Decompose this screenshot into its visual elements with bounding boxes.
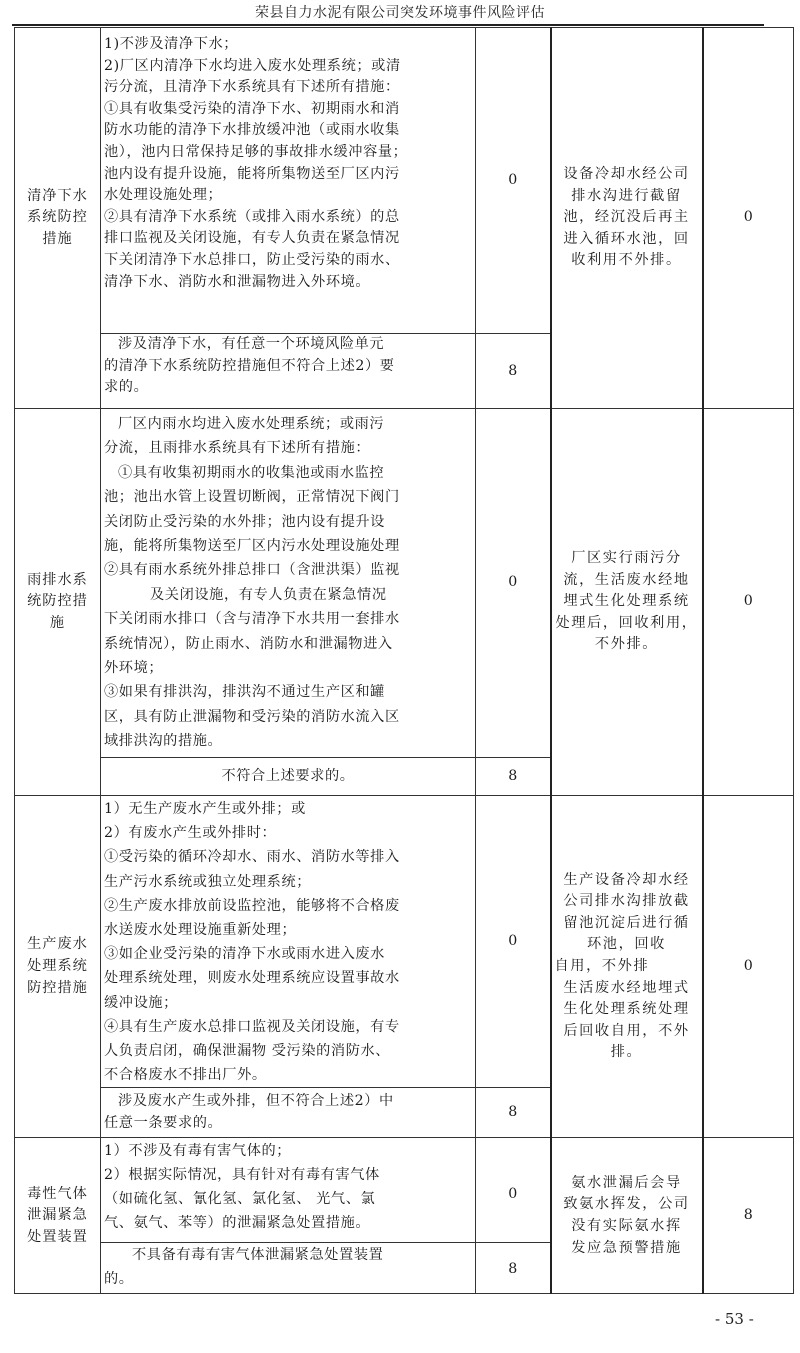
table-row: 清净下水 系统防控 措施 1)不涉及清净下水； 2)厂区内清净下水均进入废水处理… (15, 28, 794, 334)
item-cell: 清净下水 系统防控 措施 (15, 28, 101, 409)
criteria-line: 外环境； (104, 656, 472, 680)
criteria-line: 分流，且雨排水系统具有下述所有措施： (104, 436, 472, 460)
criteria-line: 厂区内雨水均进入废水处理系统；或雨污 (104, 412, 472, 436)
actual-line: 没有实际氨水挥 (555, 1216, 699, 1238)
item-cell: 生产废水 处理系统 防控措施 (15, 796, 101, 1138)
result-score-cell: 8 (703, 1138, 794, 1294)
item-line: 系统防控 (18, 207, 97, 229)
criteria-line: 的。 (104, 1267, 472, 1291)
item-line: 生产废水 (18, 934, 97, 956)
table-row: 生产废水 处理系统 防控措施 1）无生产废水产生或外排；或 2）有废水产生或外排… (15, 796, 794, 1088)
criteria-line: 不合格废水不排出厂外。 (104, 1063, 472, 1087)
actual-line: 生活废水经地埋式 (555, 978, 699, 1000)
criteria-line: ①具有收集受污染的清净下水、初期雨水和消 (104, 99, 472, 121)
criteria-line: 防水功能的清净下水排放缓冲池（或雨水收集 (104, 120, 472, 142)
actual-line: 厂区实行雨污分 (555, 548, 699, 570)
risk-assessment-table: 清净下水 系统防控 措施 1)不涉及清净下水； 2)厂区内清净下水均进入废水处理… (14, 27, 794, 1294)
criteria-cell: 不具备有毒有害气体泄漏紧急处置装置 的。 (101, 1243, 476, 1294)
criteria-cell: 1）无生产废水产生或外排；或 2）有废水产生或外排时： ①受污染的循环冷却水、雨… (101, 796, 476, 1088)
actual-line: 氨水泄漏后会导 (555, 1173, 699, 1195)
criteria-line: 域排洪沟的措施。 (104, 729, 472, 753)
item-line: 统防控措 (18, 591, 97, 613)
criteria-line: 1）无生产废水产生或外排；或 (104, 797, 472, 821)
actual-line: 留池沉淀后进行循 (555, 913, 699, 935)
criteria-line: ①受污染的循环冷却水、雨水、消防水等排入 (104, 845, 472, 869)
criteria-line: 池内设有提升设施，能将所集物送至厂区内污 (104, 164, 472, 186)
criteria-line: 排口监视及关闭设施，有专人负责在紧急情况 (104, 228, 472, 250)
result-score-cell: 0 (703, 796, 794, 1138)
item-line: 处理系统 (18, 956, 97, 978)
result-score-cell: 0 (703, 409, 794, 796)
header-rule (12, 24, 764, 26)
item-line: 清净下水 (18, 186, 97, 208)
page-header-title: 荣县自力水泥有限公司突发环境事件风险评估 (0, 2, 800, 22)
actual-line: 生化处理系统处理 (555, 999, 699, 1021)
criteria-cell: 涉及废水产生或外排，但不符合上述2）中 任意一条要求的。 (101, 1088, 476, 1138)
criteria-line: 气、氨气、苯等）的泄漏紧急处置措施。 (104, 1211, 472, 1235)
criteria-cell: 涉及清净下水，有任意一个环境风险单元 的清净下水系统防控措施但不符合上述2）要 … (101, 334, 476, 409)
score-cell: 8 (476, 1243, 551, 1294)
criteria-cell: 1)不涉及清净下水； 2)厂区内清净下水均进入废水处理系统；或清 污分流，且清净… (101, 28, 476, 334)
criteria-line: ③如果有排洪沟，排洪沟不通过生产区和罐 (104, 680, 472, 704)
actual-situation-cell: 设备冷却水经公司 排水沟进行截留 池，经沉没后再主 进入循环水池，回 收利用不外… (551, 28, 703, 409)
actual-line: 进入循环水池，回 (555, 229, 699, 251)
criteria-line: 清净下水、消防水和泄漏物进入外环境。 (104, 272, 472, 294)
criteria-line: 求的。 (104, 377, 472, 399)
actual-line: 排水沟进行截留 (555, 186, 699, 208)
score-cell: 8 (476, 334, 551, 409)
actual-line: 不外排。 (555, 634, 699, 656)
criteria-cell: 厂区内雨水均进入废水处理系统；或雨污 分流，且雨排水系统具有下述所有措施： ①具… (101, 409, 476, 758)
item-line: 处置装置 (18, 1227, 97, 1249)
actual-line: 处理后，回收利用， (555, 613, 699, 635)
criteria-line: 人负责启闭，确保泄漏物 受污染的消防水、 (104, 1039, 472, 1063)
item-line: 措施 (18, 229, 97, 251)
criteria-line: 污分流，且清净下水系统具有下述所有措施： (104, 77, 472, 99)
actual-line: 公司排水沟排放截 (555, 891, 699, 913)
criteria-line: 区，具有防止泄漏物和受污染的消防水流入区 (104, 705, 472, 729)
criteria-line: 2)厂区内清净下水均进入废水处理系统；或清 (104, 56, 472, 78)
criteria-line: 系统情况），防止雨水、消防水和泄漏物进入 (104, 632, 472, 656)
item-line: 施 (18, 613, 97, 635)
actual-situation-cell: 氨水泄漏后会导 致氨水挥发，公司 没有实际氨水挥 发应急预警措施 (551, 1138, 703, 1294)
result-score-cell: 0 (703, 28, 794, 409)
page-number: - 53 - (715, 1310, 754, 1328)
criteria-line: 下关闭清净下水总排口，防止受污染的雨水、 (104, 250, 472, 272)
actual-line: 池，经沉没后再主 (555, 207, 699, 229)
criteria-line: 缓冲设施； (104, 991, 472, 1015)
criteria-line: ②具有雨水系统外排总排口（含泄洪渠）监视 (104, 558, 472, 582)
actual-line: 排。 (555, 1042, 699, 1064)
score-cell: 0 (476, 409, 551, 758)
criteria-line: 涉及清净下水，有任意一个环境风险单元 (104, 334, 472, 356)
table-row: 毒性气体 泄漏紧急 处置装置 1）不涉及有毒有害气体的； 2）根据实际情况，具有… (15, 1138, 794, 1243)
item-cell: 雨排水系 统防控措 施 (15, 409, 101, 796)
criteria-line: 2）有废水产生或外排时： (104, 821, 472, 845)
criteria-cell: 不符合上述要求的。 (101, 758, 476, 796)
criteria-line: 涉及废水产生或外排，但不符合上述2）中 (104, 1091, 472, 1113)
criteria-cell: 1）不涉及有毒有害气体的； 2）根据实际情况，具有针对有毒有害气体 （如硫化氢、… (101, 1138, 476, 1243)
criteria-line: 池；池出水管上设置切断阀，正常情况下阀门 (104, 485, 472, 509)
actual-line: 后回收自用，不外 (555, 1021, 699, 1043)
criteria-line: ②具有清净下水系统（或排入雨水系统）的总 (104, 207, 472, 229)
item-line: 毒性气体 (18, 1184, 97, 1206)
score-cell: 0 (476, 28, 551, 334)
table-row: 雨排水系 统防控措 施 厂区内雨水均进入废水处理系统；或雨污 分流，且雨排水系统… (15, 409, 794, 758)
criteria-line: 处理系统处理，则废水处理系统应设置事故水 (104, 966, 472, 990)
criteria-line: 生产污水系统或独立处理系统； (104, 870, 472, 894)
criteria-line: 水送废水处理设施重新处理； (104, 918, 472, 942)
criteria-line: ①具有收集初期雨水的收集池或雨水监控 (104, 461, 472, 485)
item-line: 雨排水系 (18, 570, 97, 592)
criteria-line: 的清净下水系统防控措施但不符合上述2）要 (104, 356, 472, 378)
criteria-line: 池），池内日常保持足够的事故排水缓冲容量； (104, 142, 472, 164)
actual-line: 发应急预警措施 (555, 1238, 699, 1260)
criteria-line: 1）不涉及有毒有害气体的； (104, 1139, 472, 1163)
criteria-line: 不符合上述要求的。 (221, 768, 354, 784)
score-cell: 0 (476, 1138, 551, 1243)
criteria-line: 任意一条要求的。 (104, 1113, 472, 1135)
item-line: 泄漏紧急 (18, 1205, 97, 1227)
criteria-line: 关闭防止受污染的水外排；池内设有提升设 (104, 510, 472, 534)
criteria-line: 施，能将所集物送至厂区内污水处理设施处理 (104, 534, 472, 558)
criteria-line: 及关闭设施，有专人负责在紧急情况 (104, 583, 472, 607)
actual-line: 埋式生化处理系统 (555, 591, 699, 613)
score-cell: 8 (476, 1088, 551, 1138)
criteria-line: ③如企业受污染的清净下水或雨水进入废水 (104, 942, 472, 966)
score-cell: 8 (476, 758, 551, 796)
actual-line: 环池，回收 (555, 934, 699, 956)
actual-situation-cell: 生产设备冷却水经 公司排水沟排放截 留池沉淀后进行循 环池，回收 自用，不外排 … (551, 796, 703, 1138)
criteria-line: 不具备有毒有害气体泄漏紧急处置装置 (104, 1243, 472, 1267)
actual-line: 致氨水挥发，公司 (555, 1194, 699, 1216)
actual-line: 自用，不外排 (555, 956, 699, 978)
criteria-line: 水处理设施处理； (104, 185, 472, 207)
criteria-line: 1)不涉及清净下水； (104, 34, 472, 56)
actual-line: 生产设备冷却水经 (555, 870, 699, 892)
criteria-line: ④具有生产废水总排口监视及关闭设施，有专 (104, 1015, 472, 1039)
item-cell: 毒性气体 泄漏紧急 处置装置 (15, 1138, 101, 1294)
actual-line: 收利用不外排。 (555, 250, 699, 272)
criteria-line: 2）根据实际情况，具有针对有毒有害气体 (104, 1163, 472, 1187)
criteria-line: 下关闭雨水排口（含与清净下水共用一套排水 (104, 607, 472, 631)
item-line: 防控措施 (18, 978, 97, 1000)
actual-line: 设备冷却水经公司 (555, 164, 699, 186)
score-cell: 0 (476, 796, 551, 1088)
criteria-line: （如硫化氢、氰化氢、氯化氢、 光气、氯 (104, 1187, 472, 1211)
actual-line: 流，生活废水经地 (555, 570, 699, 592)
criteria-line: ②生产废水排放前设监控池，能够将不合格废 (104, 894, 472, 918)
actual-situation-cell: 厂区实行雨污分 流，生活废水经地 埋式生化处理系统 处理后，回收利用， 不外排。 (551, 409, 703, 796)
